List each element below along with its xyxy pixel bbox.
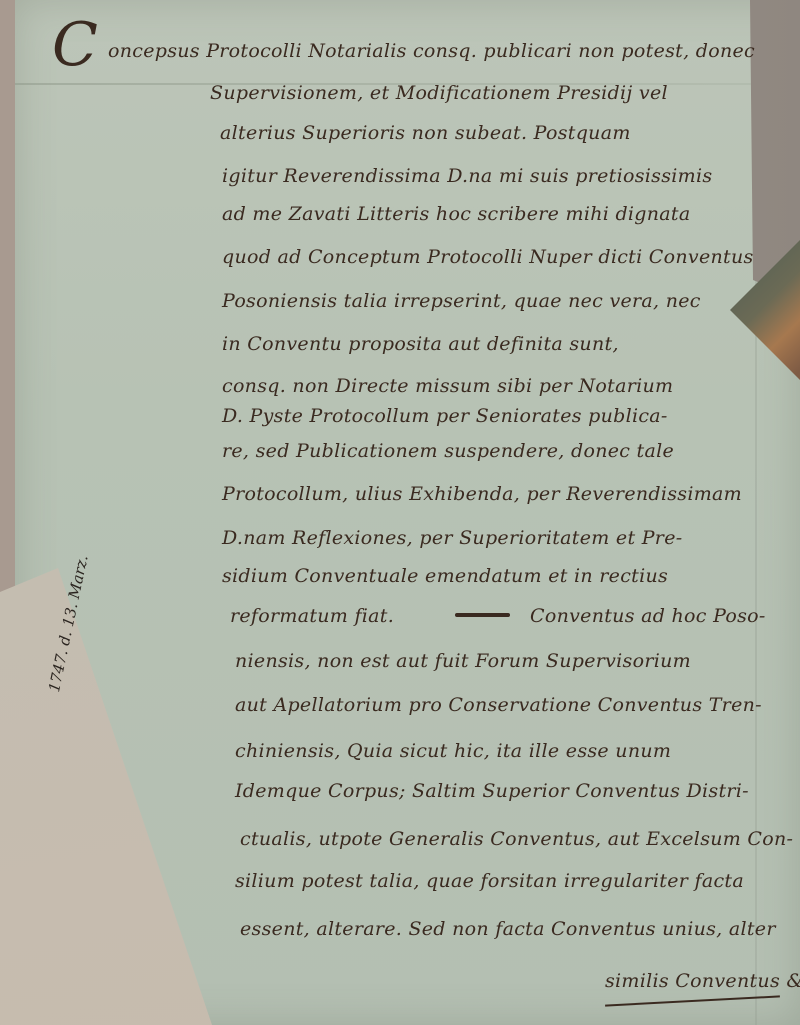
underline-stroke (605, 995, 780, 1006)
decorated-initial: C (52, 10, 98, 80)
manuscript-line: Supervisionem, et Modificationem Presidi… (210, 82, 668, 104)
manuscript-line: alterius Superioris non subeat. Postquam (220, 122, 631, 144)
manuscript-line: ctualis, utpote Generalis Conventus, aut… (240, 828, 793, 850)
manuscript-line: D.nam Reflexiones, per Superioritatem et… (222, 527, 682, 549)
manuscript-line: quod ad Conceptum Protocolli Nuper dicti… (222, 246, 754, 268)
manuscript-line: igitur Reverendissima D.na mi suis preti… (222, 165, 712, 187)
manuscript-line: ad me Zavati Litteris hoc scribere mihi … (222, 203, 691, 225)
em-dash-stroke (455, 613, 510, 617)
manuscript-line: Idemque Corpus; Saltim Superior Conventu… (235, 780, 749, 802)
manuscript-line: niensis, non est aut fuit Forum Supervis… (235, 650, 691, 672)
manuscript-line: in Conventu proposita aut definita sunt, (222, 333, 619, 355)
manuscript-line: silium potest talia, quae forsitan irreg… (235, 870, 744, 892)
manuscript-line: Conventus ad hoc Poso- (530, 605, 766, 627)
manuscript-line: Protocollum, ulius Exhibenda, per Revere… (222, 483, 742, 505)
manuscript-line: D. Pyste Protocollum per Seniorates publ… (222, 405, 668, 427)
manuscript-line: chiniensis, Quia sicut hic, ita ille ess… (235, 740, 671, 762)
manuscript-line: Posoniensis talia irrepserint, quae nec … (222, 290, 701, 312)
manuscript-line: aut Apellatorium pro Conservatione Conve… (235, 694, 762, 716)
manuscript-line: essent, alterare. Sed non facta Conventu… (240, 918, 776, 940)
manuscript-line-catchword: similis Conventus & (605, 970, 800, 992)
manuscript-line: sidium Conventuale emendatum et in recti… (222, 565, 668, 587)
manuscript-line: re, sed Publicationem suspendere, donec … (222, 440, 674, 462)
manuscript-line: consq. non Directe missum sibi per Notar… (222, 375, 673, 397)
manuscript-line: oncepsus Protocolli Notarialis consq. pu… (108, 40, 755, 62)
manuscript-line: reformatum fiat. (230, 605, 394, 627)
